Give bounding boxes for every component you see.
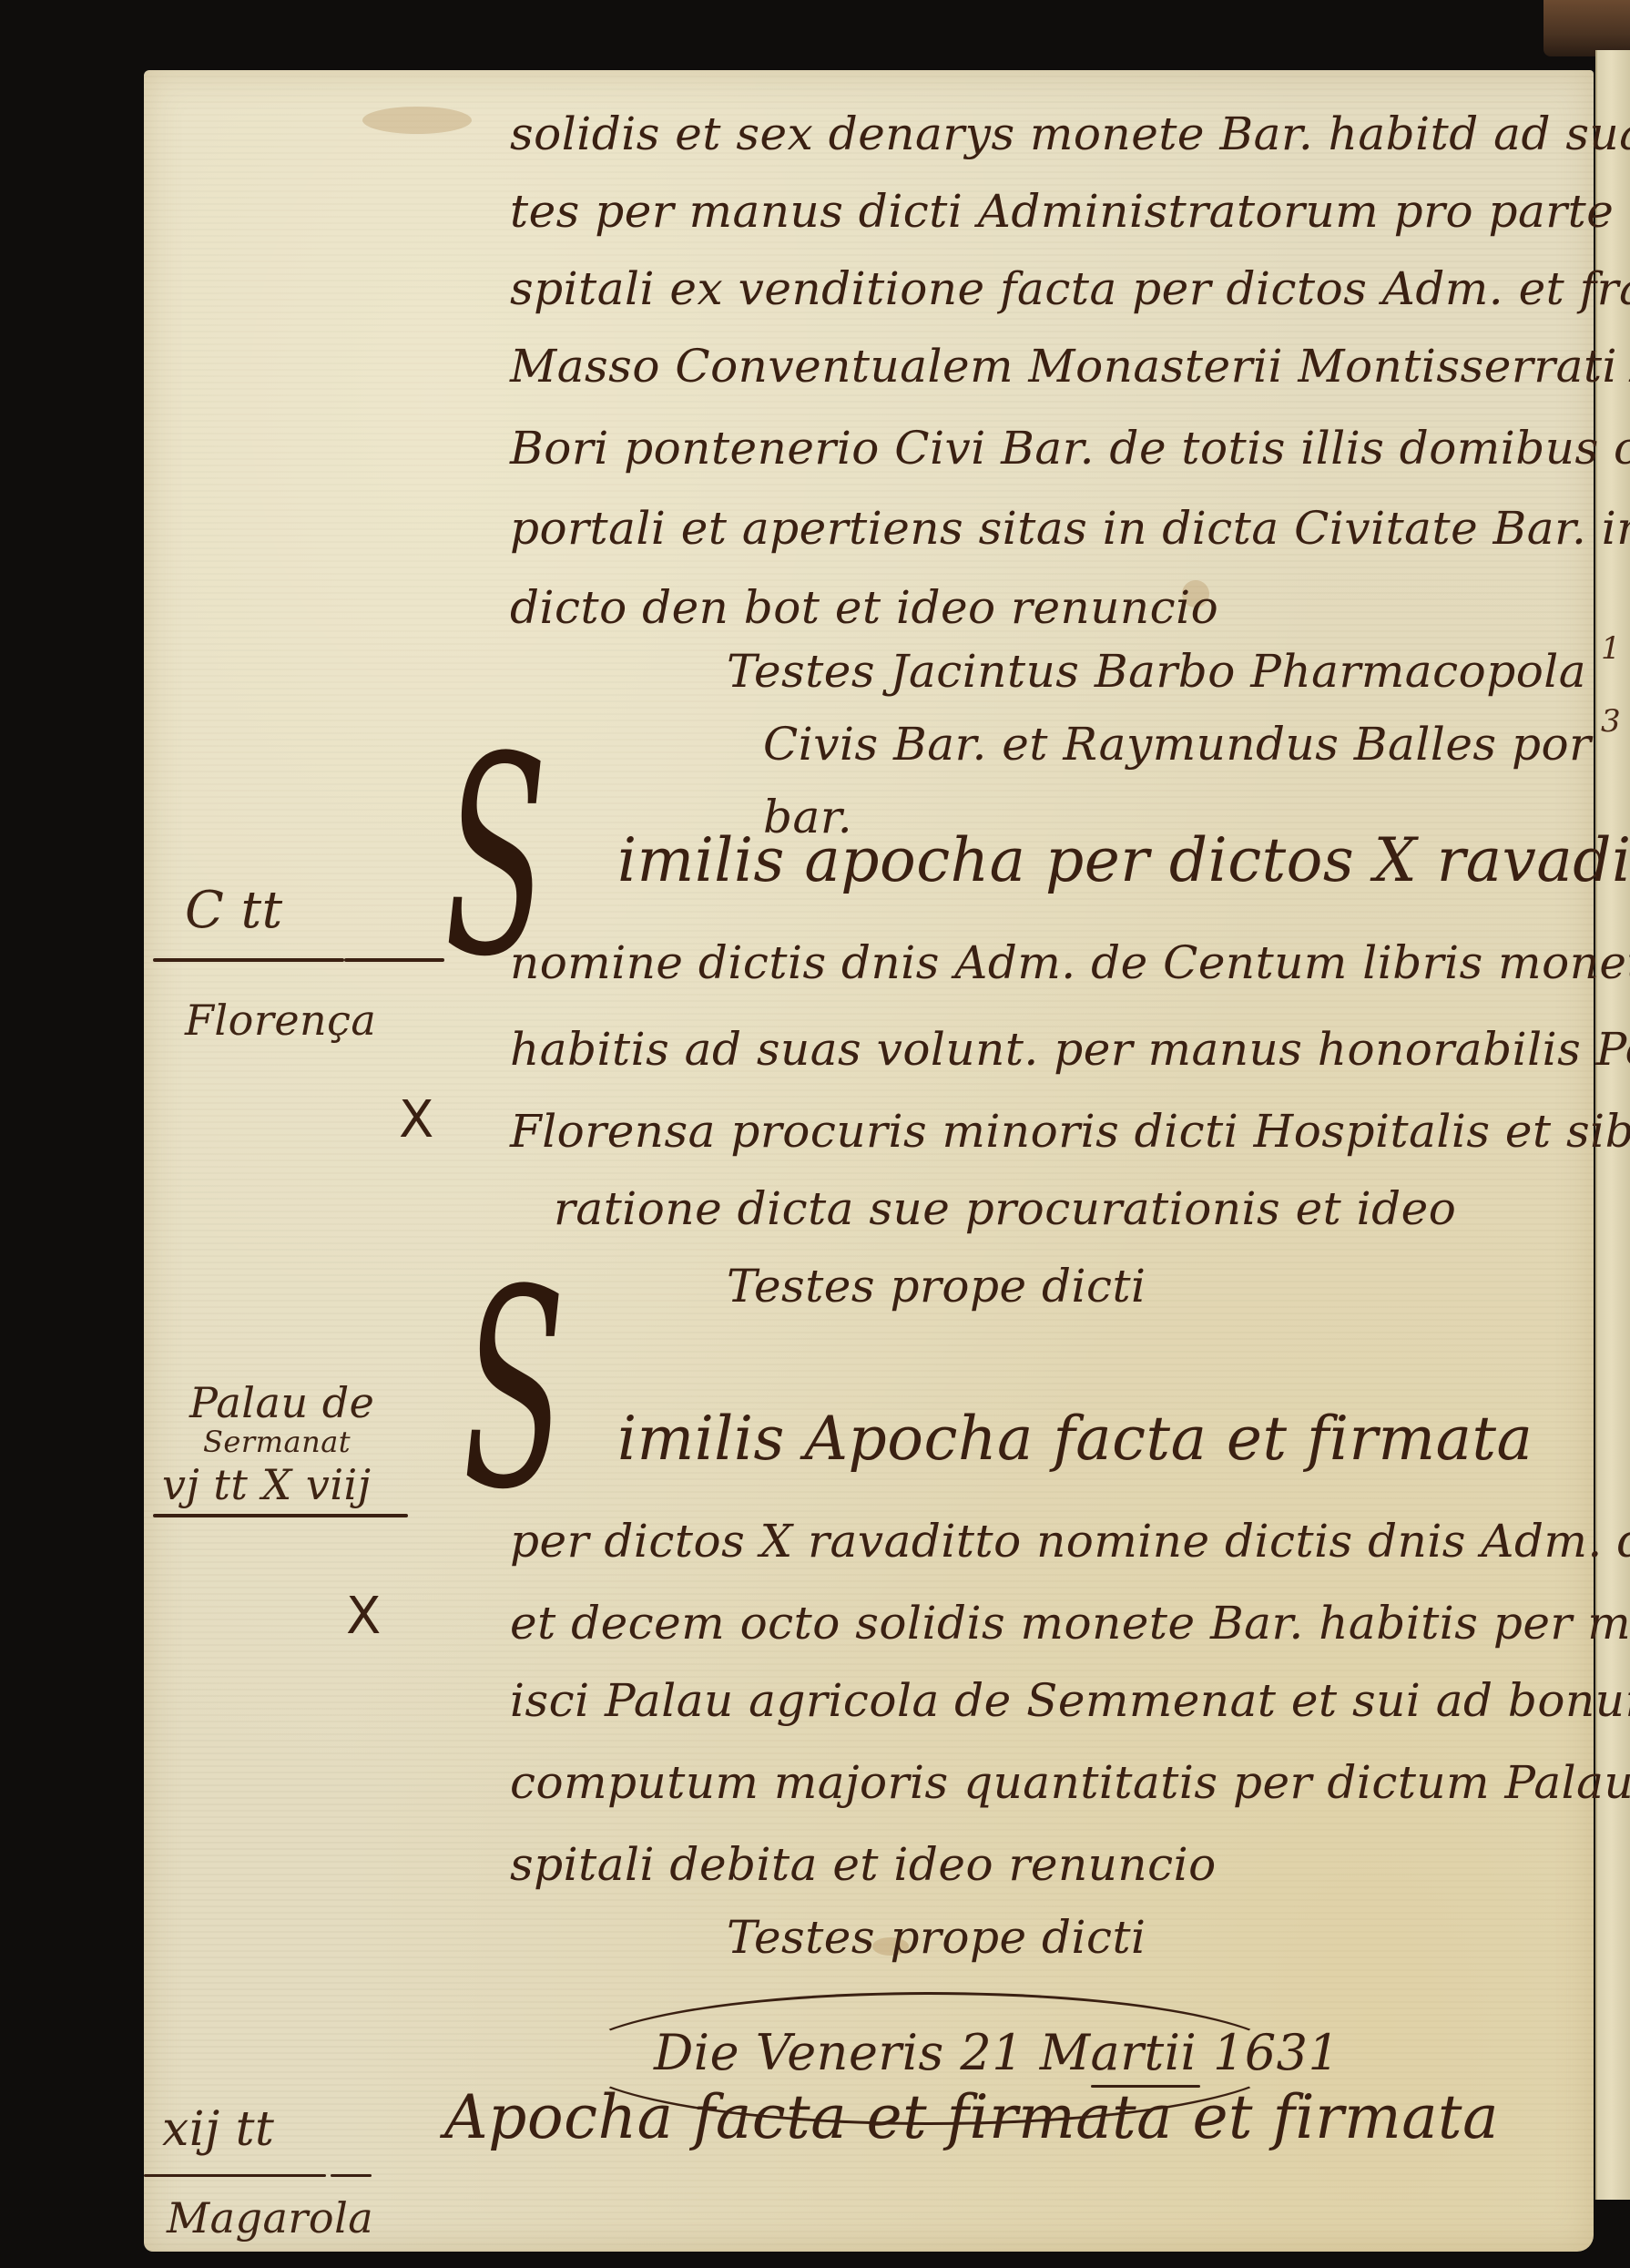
text-line: solidis et sex denarys monete Bar. habit…	[510, 111, 1630, 157]
date-line: Die Veneris 21 Martii 1631	[654, 2028, 1340, 2078]
text-line: Bori pontenerio Civi Bar. de totis illis…	[510, 425, 1630, 471]
text-line: isci Palau agricola de Semmenat et sui a…	[510, 1678, 1630, 1723]
margin-amount: C tt	[185, 885, 283, 936]
margin-rule	[144, 2174, 326, 2177]
manuscript-page: solidis et sex denarys monete Bar. habit…	[144, 70, 1594, 2252]
entry-heading: imilis Apocha facta et firmata	[617, 1409, 1533, 1469]
facing-leaf-fragment: 1	[1601, 633, 1621, 664]
margin-place: Sermanat	[203, 1427, 351, 1456]
margin-name: Palau de	[189, 1382, 374, 1424]
witnesses-line: Testes prope dicti	[727, 1263, 1146, 1309]
margin-rule	[153, 958, 344, 962]
margin-name: Magarola	[167, 2197, 373, 2239]
margin-amount: vj tt X viij	[162, 1464, 372, 1506]
margin-name: Florença	[185, 999, 376, 1041]
text-line: spitali ex venditione facta per dictos A…	[510, 266, 1630, 312]
text-line: per dictos X ravaditto nomine dictis dni…	[510, 1518, 1630, 1564]
facing-leaf-fragment: 3	[1601, 706, 1621, 737]
witnesses-line: Testes prope dicti	[727, 1915, 1146, 1960]
witnesses-line: Testes Jacintus Barbo Pharmacopola	[727, 649, 1586, 694]
text-line: tes per manus dicti Administratorum pro …	[510, 189, 1630, 234]
text-line: habitis ad suas volunt. per manus honora…	[510, 1027, 1630, 1072]
text-line: computum majoris quantitatis per dictum …	[510, 1760, 1630, 1805]
text-line: nomine dictis dnis Adm. de Centum libris…	[510, 940, 1630, 986]
decorated-initial: S	[463, 1254, 565, 1527]
margin-cross-mark: X	[346, 1591, 381, 1642]
margin-rule	[153, 1514, 408, 1517]
margin-amount: xij tt	[162, 2106, 274, 2153]
book-binding-cord	[1543, 0, 1630, 56]
entry-heading: imilis apocha per dictos X ravaditto	[617, 831, 1630, 891]
text-line: et decem octo solidis monete Bar. habiti…	[510, 1600, 1630, 1646]
text-line: Masso Conventualem Monasterii Montisserr…	[510, 343, 1630, 389]
margin-rule	[344, 958, 444, 962]
margin-rule	[331, 2174, 372, 2177]
ink-stain	[362, 107, 472, 134]
witnesses-line: Civis Bar. et Raymundus Balles por	[763, 721, 1591, 767]
text-line: ratione dicta sue procurationis et ideo	[554, 1186, 1456, 1231]
text-line: dicto den bot et ideo renuncio	[510, 585, 1218, 630]
entry-heading: Apocha facta et firmata et firmata	[444, 2088, 1499, 2148]
text-line: spitali debita et ideo renuncio	[510, 1842, 1217, 1887]
margin-cross-mark: X	[399, 1095, 433, 1146]
text-line: portali et apertiens sitas in dicta Civi…	[510, 506, 1630, 551]
text-line: Florensa procuris minoris dicti Hospital…	[510, 1108, 1630, 1154]
